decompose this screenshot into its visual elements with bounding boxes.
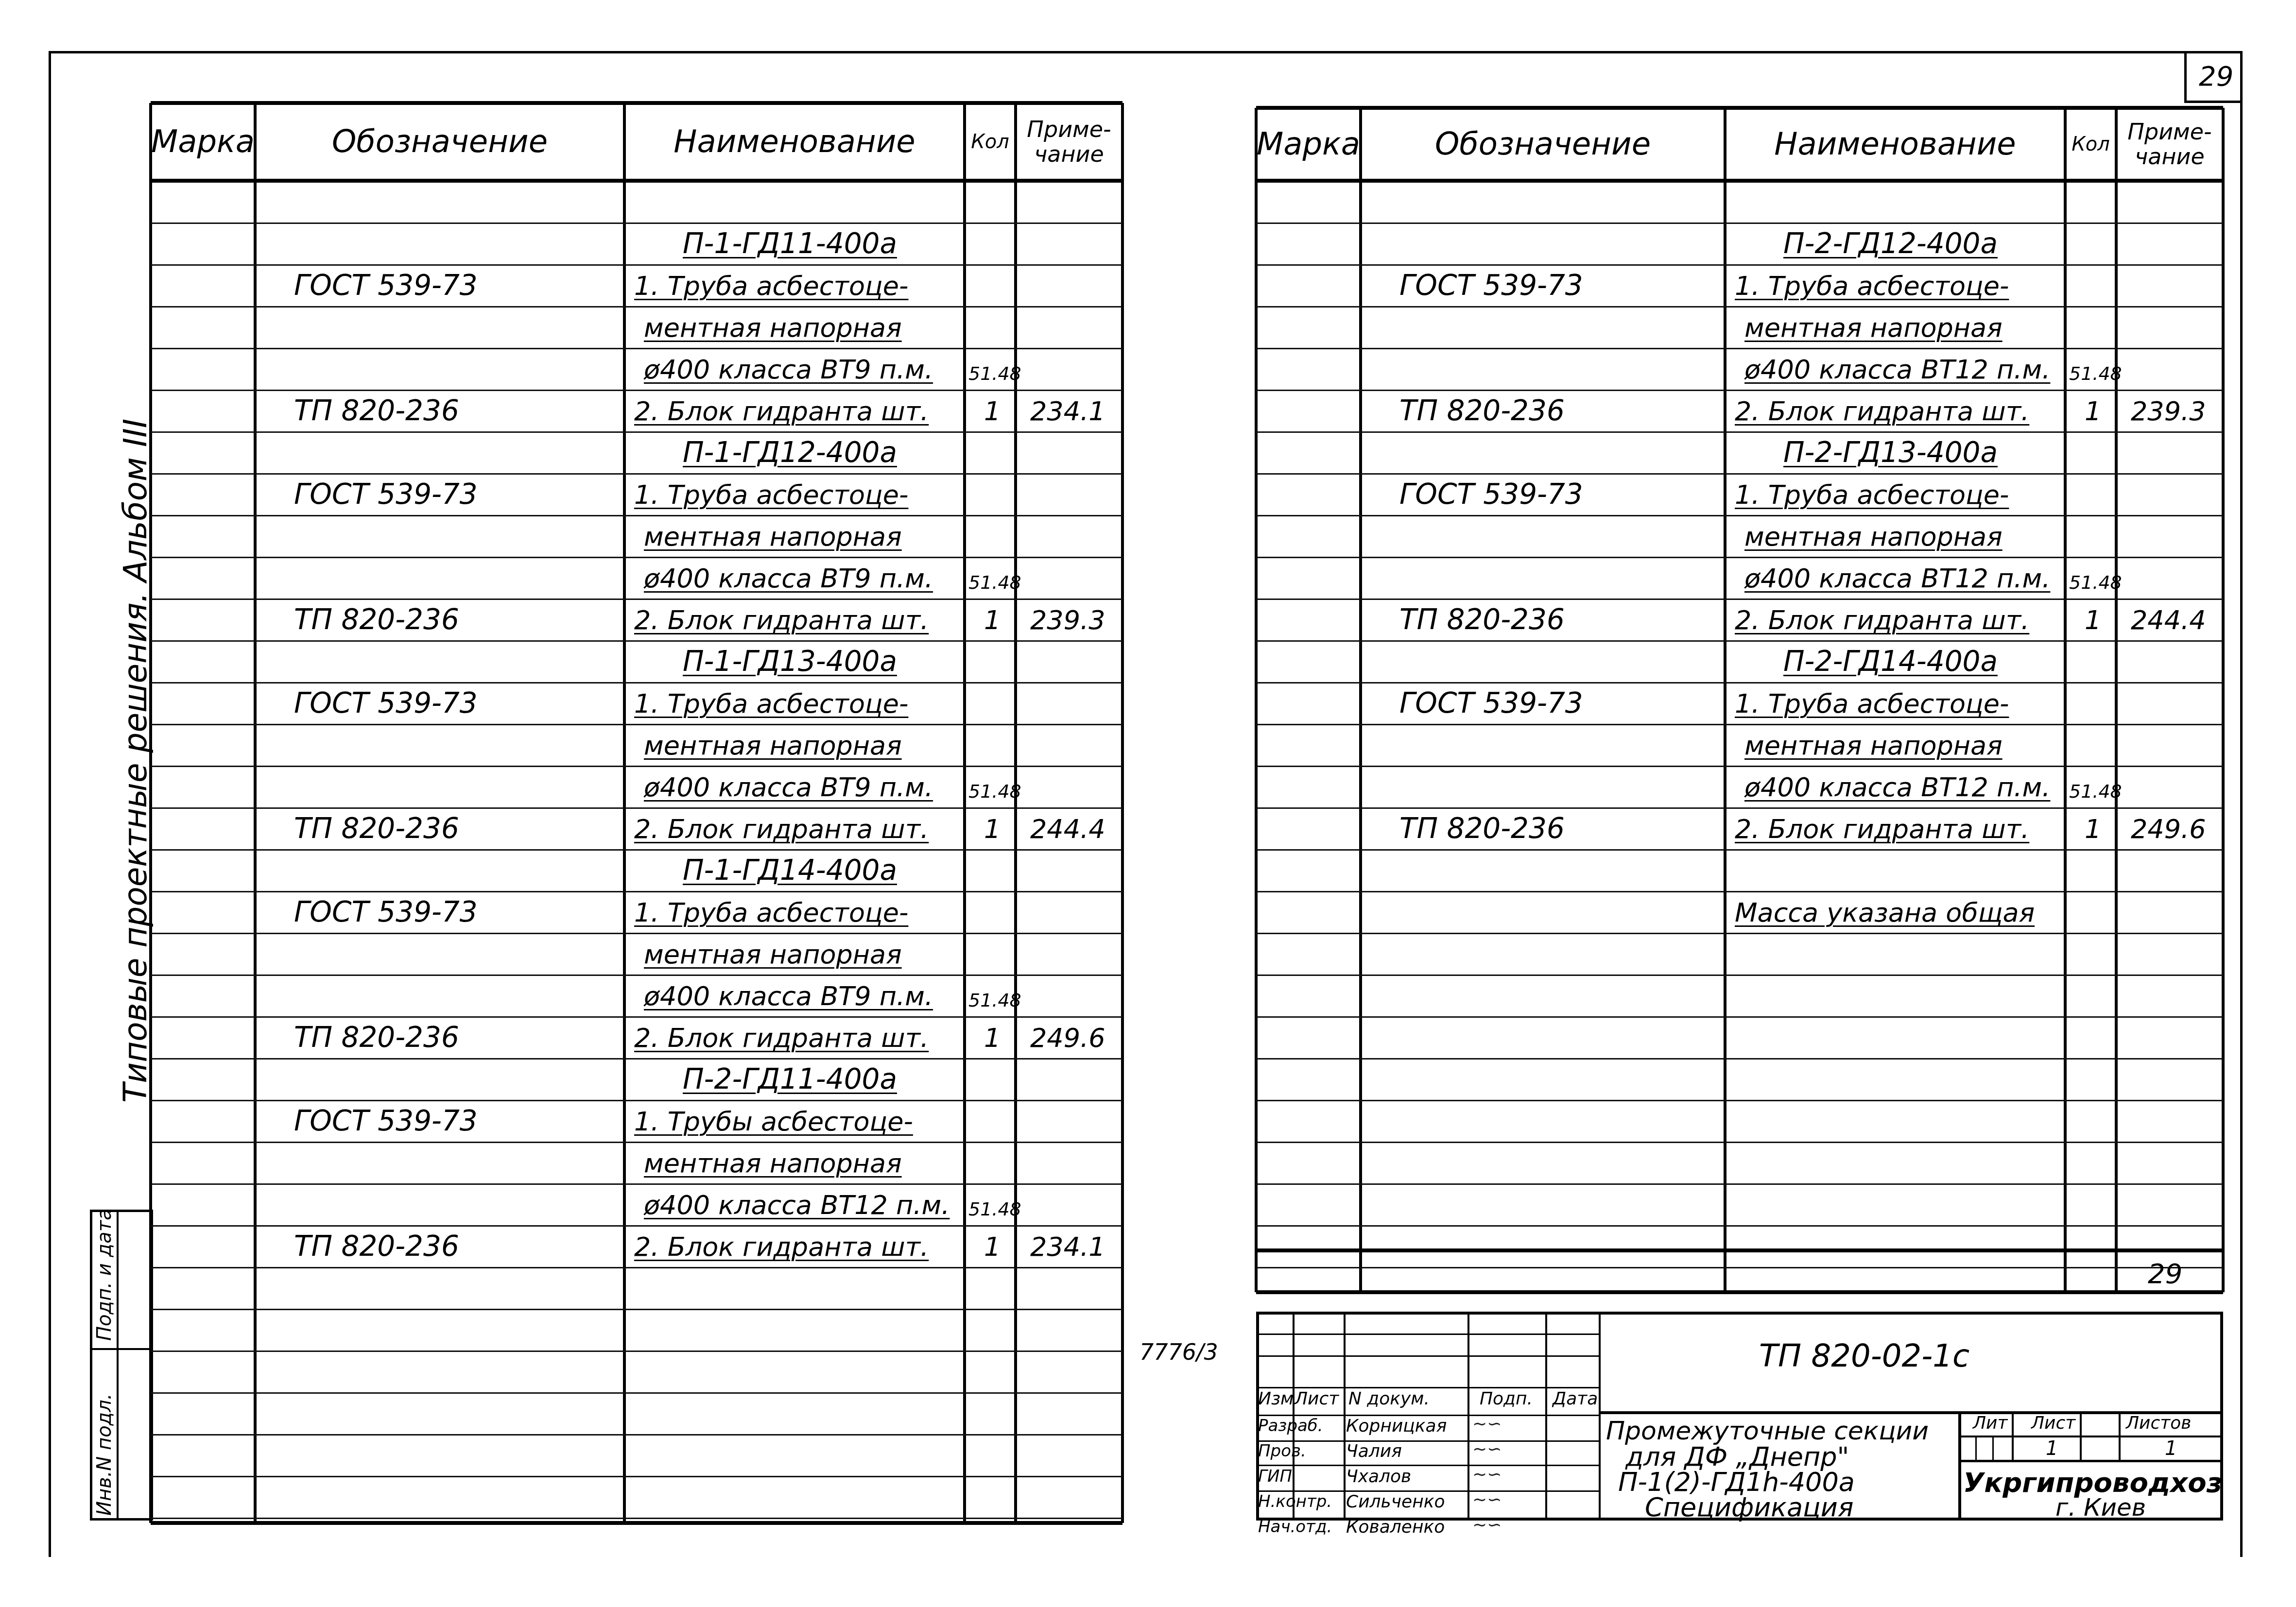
right-kol-value: 1 (2085, 398, 2101, 425)
left-row-line (151, 1183, 1122, 1185)
left-kol-value: 1 (984, 1025, 1001, 1051)
title-col-header: N докум. (1348, 1390, 1430, 1408)
left-row-line (151, 390, 1122, 391)
left-row-line (151, 348, 1122, 349)
signer-role: Пров. (1258, 1443, 1306, 1459)
title-col-header: Подп. (1480, 1390, 1533, 1408)
right-naimenovanie-line: ø400 класса ВТ12 п.м. (1744, 357, 2050, 383)
right-naimenovanie-line: 1. Труба асбестоце- (1735, 691, 2009, 717)
right-row-line (1256, 473, 2223, 475)
left-kol-value: 1 (984, 1234, 1001, 1260)
left-row-line (151, 974, 1122, 976)
left-row-line (151, 1518, 1122, 1519)
right-oboznachenie: ГОСТ 539-73 (1399, 689, 1583, 717)
left-naimenovanie-line: 1. Труба асбестоце- (634, 691, 908, 717)
right-column-line (1255, 108, 1258, 1292)
primechanie-line2: чание (2135, 144, 2205, 169)
signature-scribble: ∼∽ (1472, 1466, 1502, 1484)
document-code: ТП 820-02-1с (1759, 1341, 1969, 1372)
right-prim-value: 239.3 (2131, 398, 2206, 425)
left-naimenovanie-line: 2. Блок гидранта шт. (634, 607, 929, 633)
left-kol-value: 1 (984, 816, 1001, 842)
archive-number: 7776/3 (1139, 1341, 1218, 1363)
stamp-label-sign: Подп. и дата (93, 1209, 116, 1341)
page-number-top: 29 (2199, 63, 2233, 90)
title-grid-row (1256, 1387, 1599, 1388)
left-row-line (151, 849, 1122, 851)
left-row-line (151, 724, 1122, 725)
left-prim-value: 249.6 (1030, 1025, 1105, 1051)
right-row-line (1256, 515, 2223, 516)
left-prim-value: 244.4 (1030, 816, 1105, 842)
right-naimenovanie-line: ментная напорная (1744, 524, 2003, 550)
left-naimenovanie-line: ø400 класса ВТ9 п.м. (644, 565, 933, 592)
side-album-label: Типовые проектные решения. Альбом III (117, 277, 154, 1103)
left-oboznachenie: ТП 820-236 (294, 1023, 459, 1051)
primechanie-line1: Приме- (2127, 120, 2211, 144)
lit-col-line (2119, 1411, 2121, 1460)
left-prim-value: 234.1 (1030, 1234, 1105, 1260)
list-value: 1 (2046, 1439, 2058, 1458)
left-prim-value: 234.1 (1030, 398, 1105, 425)
right-row-line (1256, 807, 2223, 809)
title-line: для ДФ „Днепр" (1625, 1444, 1849, 1470)
left-row-line (151, 1058, 1122, 1060)
lit-divider (1958, 1436, 2223, 1437)
right-row-line (1256, 1100, 2223, 1101)
signature-scribble: ∼∽ (1472, 1491, 1502, 1509)
left-kol-value: 51.48 (968, 573, 1021, 592)
left-naimenovanie-line: ментная напорная (644, 1150, 902, 1177)
right-row-line (1256, 682, 2223, 684)
right-kol-value: 51.48 (2069, 573, 2122, 592)
left-row-line (151, 1267, 1122, 1268)
right-naimenovanie-line: ø400 класса ВТ12 п.м. (1744, 774, 2050, 801)
left-row-line (151, 264, 1122, 266)
left-header-marka: Марка (151, 103, 255, 181)
right-oboznachenie: ГОСТ 539-73 (1399, 271, 1583, 299)
left-oboznachenie: ГОСТ 539-73 (294, 689, 478, 717)
left-row-line (151, 891, 1122, 892)
right-naimenovanie-line: ментная напорная (1744, 733, 2003, 759)
left-group-title: П-1-ГД11-400а (683, 229, 897, 257)
left-row-line (151, 306, 1122, 308)
lit-col-line (2080, 1411, 2082, 1460)
title-grid-row (1256, 1440, 1599, 1442)
title-grid-col (1344, 1312, 1346, 1521)
left-group-title: П-1-ГД13-400а (683, 647, 897, 675)
left-row-line (151, 557, 1122, 558)
signer-name: Сильченко (1346, 1493, 1445, 1511)
left-row-line (151, 807, 1122, 809)
left-kol-value: 51.48 (968, 782, 1021, 801)
left-naimenovanie-line: 2. Блок гидранта шт. (634, 1234, 929, 1260)
left-naimenovanie-line: ø400 класса ВТ12 п.м. (644, 1192, 949, 1218)
left-kol-value: 51.48 (968, 991, 1021, 1009)
right-row-line (1256, 390, 2223, 391)
left-header-naimenovanie: Наименование (624, 103, 965, 181)
left-naimenovanie-line: 1. Труба асбестоце- (634, 273, 908, 299)
title-line: Промежуточные секции (1606, 1419, 1929, 1444)
organization-city: г. Киев (2055, 1495, 2146, 1520)
right-prim-value: 244.4 (2131, 607, 2206, 633)
left-header-kol: Кол (965, 103, 1016, 181)
right-kol-value: 1 (2085, 607, 2101, 633)
left-naimenovanie-line: ø400 класса ВТ9 п.м. (644, 983, 933, 1009)
stamp-inner-divider (117, 1210, 119, 1521)
left-naimenovanie-line: 2. Блок гидранта шт. (634, 1025, 929, 1051)
right-group-title: П-2-ГД12-400а (1783, 229, 1998, 257)
right-row-line (1256, 1058, 2223, 1060)
left-row-line (151, 1016, 1122, 1018)
right-column-line (2064, 108, 2067, 1292)
right-naimenovanie-line: 2. Блок гидранта шт. (1735, 816, 2029, 842)
right-column-line (2115, 108, 2118, 1292)
right-header-oboznachenie: Обозначение (1361, 108, 1725, 181)
stamp-divider (90, 1348, 153, 1350)
right-row-line (1256, 724, 2223, 725)
left-row-line (151, 473, 1122, 475)
left-naimenovanie-line: ø400 класса ВТ9 п.м. (644, 357, 933, 383)
right-oboznachenie: ТП 820-236 (1399, 605, 1565, 633)
right-naimenovanie-line: 2. Блок гидранта шт. (1735, 607, 2029, 633)
right-row-line (1256, 1016, 2223, 1018)
left-row-line (151, 766, 1122, 767)
title-grid-col (1467, 1312, 1469, 1521)
right-header-marka: Марка (1256, 108, 1361, 181)
organization-name: Укргипроводхоз (1963, 1470, 2222, 1497)
left-row-line (151, 933, 1122, 934)
right-column-line (1359, 108, 1362, 1292)
right-kol-value: 51.48 (2069, 782, 2122, 801)
right-naimenovanie-line: 2. Блок гидранта шт. (1735, 398, 2029, 425)
right-oboznachenie: ГОСТ 539-73 (1399, 480, 1583, 508)
left-row-line (151, 1476, 1122, 1477)
left-oboznachenie: ТП 820-236 (294, 1232, 459, 1260)
left-row-line (151, 1351, 1122, 1352)
signer-name: Корницкая (1346, 1418, 1447, 1435)
list-label: Лист (2031, 1415, 2075, 1432)
left-prim-value: 239.3 (1030, 607, 1105, 633)
right-kol-value: 1 (2085, 816, 2101, 842)
right-bottom-border (1256, 1290, 2223, 1294)
signer-name: Чхалов (1346, 1468, 1411, 1486)
left-oboznachenie: ГОСТ 539-73 (294, 480, 478, 508)
right-group-title: П-2-ГД14-400а (1783, 647, 1998, 675)
right-row-line (1256, 557, 2223, 558)
right-row-line (1256, 306, 2223, 308)
right-kol-value: 51.48 (2069, 364, 2122, 383)
signer-role: Разраб. (1258, 1418, 1323, 1434)
left-kol-value: 51.48 (968, 1200, 1021, 1218)
title-col-header: Лист (1295, 1390, 1339, 1408)
signer-name: Чалия (1346, 1443, 1402, 1460)
right-naimenovanie-line: ø400 класса ВТ12 п.м. (1744, 565, 2050, 592)
right-mass-note: Масса указана общая (1735, 900, 2035, 926)
right-row-line (1256, 1142, 2223, 1143)
left-row-line (151, 1309, 1122, 1310)
right-row-line (1256, 974, 2223, 976)
signer-role: ГИП (1258, 1468, 1292, 1485)
right-naimenovanie-line: 1. Труба асбестоце- (1735, 482, 2009, 508)
right-column-line (1724, 108, 1726, 1292)
signature-scribble: ∼∽ (1472, 1517, 1502, 1534)
right-oboznachenie: ТП 820-236 (1399, 814, 1565, 842)
right-row-line (1256, 1183, 2223, 1185)
left-oboznachenie: ГОСТ 539-73 (294, 271, 478, 299)
right-naimenovanie-line: ментная напорная (1744, 315, 2003, 341)
right-naimenovanie-line: 1. Труба асбестоце- (1735, 273, 2009, 299)
right-row-line (1256, 348, 2223, 349)
left-naimenovanie-line: 2. Блок гидранта шт. (634, 398, 929, 425)
right-row-line (1256, 1225, 2223, 1227)
left-header-oboznachenie: Обозначение (255, 103, 624, 181)
left-oboznachenie: ГОСТ 539-73 (294, 898, 478, 926)
title-col-header: Изм (1258, 1390, 1294, 1408)
lit-col-line (2012, 1411, 2014, 1460)
title-line: Спецификация (1645, 1494, 1853, 1521)
left-oboznachenie: ТП 820-236 (294, 396, 459, 425)
left-row-line (151, 1225, 1122, 1227)
right-row-line (1256, 849, 2223, 851)
right-row-line (1256, 933, 2223, 934)
left-header-primechanie: Приме-чание (1016, 103, 1122, 181)
left-oboznachenie: ТП 820-236 (294, 605, 459, 633)
stamp-label-inv: Инв.N подл. (93, 1393, 116, 1516)
lit-label: Лит (1973, 1415, 2007, 1432)
right-row-line (1256, 264, 2223, 266)
right-group-title: П-2-ГД13-400а (1783, 438, 1998, 466)
left-naimenovanie-line: 2. Блок гидранта шт. (634, 816, 929, 842)
title-col-header: Дата (1553, 1390, 1598, 1408)
right-row-line (1256, 431, 2223, 433)
right-row-line (1256, 766, 2223, 767)
lit-bottom (1958, 1460, 2223, 1462)
left-row-line (151, 222, 1122, 224)
left-naimenovanie-line: ментная напорная (644, 315, 902, 341)
left-oboznachenie: ТП 820-236 (294, 814, 459, 842)
right-row-line (1256, 598, 2223, 600)
right-row-line (1256, 222, 2223, 224)
right-header-kol: Кол (2065, 108, 2116, 181)
right-row-line (1256, 640, 2223, 642)
right-header-naimenovanie: Наименование (1725, 108, 2065, 181)
lit-subcol (1992, 1436, 1994, 1460)
left-group-title: П-1-ГД12-400а (683, 438, 897, 466)
title-grid-col (1545, 1312, 1547, 1521)
left-naimenovanie-line: 1. Трубы асбестоце- (634, 1109, 913, 1135)
title-grid-row (1256, 1465, 1599, 1466)
left-naimenovanie-line: ментная напорная (644, 941, 902, 968)
left-row-line (151, 640, 1122, 642)
left-row-line (151, 598, 1122, 600)
page-number-bottom: 29 (2148, 1261, 2182, 1288)
left-oboznachenie: ГОСТ 539-73 (294, 1107, 478, 1135)
primechanie-line2: чание (1034, 142, 1104, 167)
right-oboznachenie: ТП 820-236 (1399, 396, 1565, 425)
title-line: П-1(2)-ГД1h-400а (1618, 1469, 1855, 1495)
signer-role: Н.контр. (1258, 1493, 1332, 1510)
left-group-title: П-2-ГД11-400а (683, 1065, 897, 1093)
signature-scribble: ∼∽ (1472, 1416, 1502, 1433)
left-naimenovanie-line: ментная напорная (644, 733, 902, 759)
left-kol-value: 1 (984, 398, 1001, 425)
title-grid-col (1599, 1312, 1601, 1521)
right-row-line (1256, 891, 2223, 892)
right-header-primechanie: Приме-чание (2116, 108, 2223, 181)
left-row-line (151, 1434, 1122, 1436)
title-grid-row (1256, 1355, 1599, 1357)
signature-scribble: ∼∽ (1472, 1441, 1502, 1458)
left-row-line (151, 1392, 1122, 1394)
left-kol-value: 1 (984, 607, 1001, 633)
right-row-line (1256, 1267, 2223, 1268)
signer-name: Коваленко (1346, 1519, 1445, 1536)
left-group-title: П-1-ГД14-400а (683, 856, 897, 884)
right-prim-value: 249.6 (2131, 816, 2206, 842)
right-last-row-border (1256, 1248, 2223, 1252)
primechanie-line1: Приме- (1027, 117, 1111, 142)
title-name-divider (1958, 1411, 1961, 1521)
left-naimenovanie-line: 1. Труба асбестоце- (634, 900, 908, 926)
left-naimenovanie-line: 1. Труба асбестоце- (634, 482, 908, 508)
listov-label: Листов (2126, 1415, 2191, 1432)
right-column-line (2222, 108, 2225, 1292)
signer-role: Нач.отд. (1258, 1519, 1332, 1535)
left-naimenovanie-line: ментная напорная (644, 524, 902, 550)
left-kol-value: 51.48 (968, 364, 1021, 383)
lit-subcol (1975, 1436, 1977, 1460)
title-grid-row (1256, 1333, 1599, 1335)
left-row-line (151, 1142, 1122, 1143)
left-row-line (151, 515, 1122, 516)
left-row-line (151, 682, 1122, 684)
left-row-line (151, 1100, 1122, 1101)
left-row-line (151, 431, 1122, 433)
left-naimenovanie-line: ø400 класса ВТ9 п.м. (644, 774, 933, 801)
listov-value: 1 (2165, 1439, 2177, 1458)
left-bottom-border (151, 1521, 1122, 1525)
